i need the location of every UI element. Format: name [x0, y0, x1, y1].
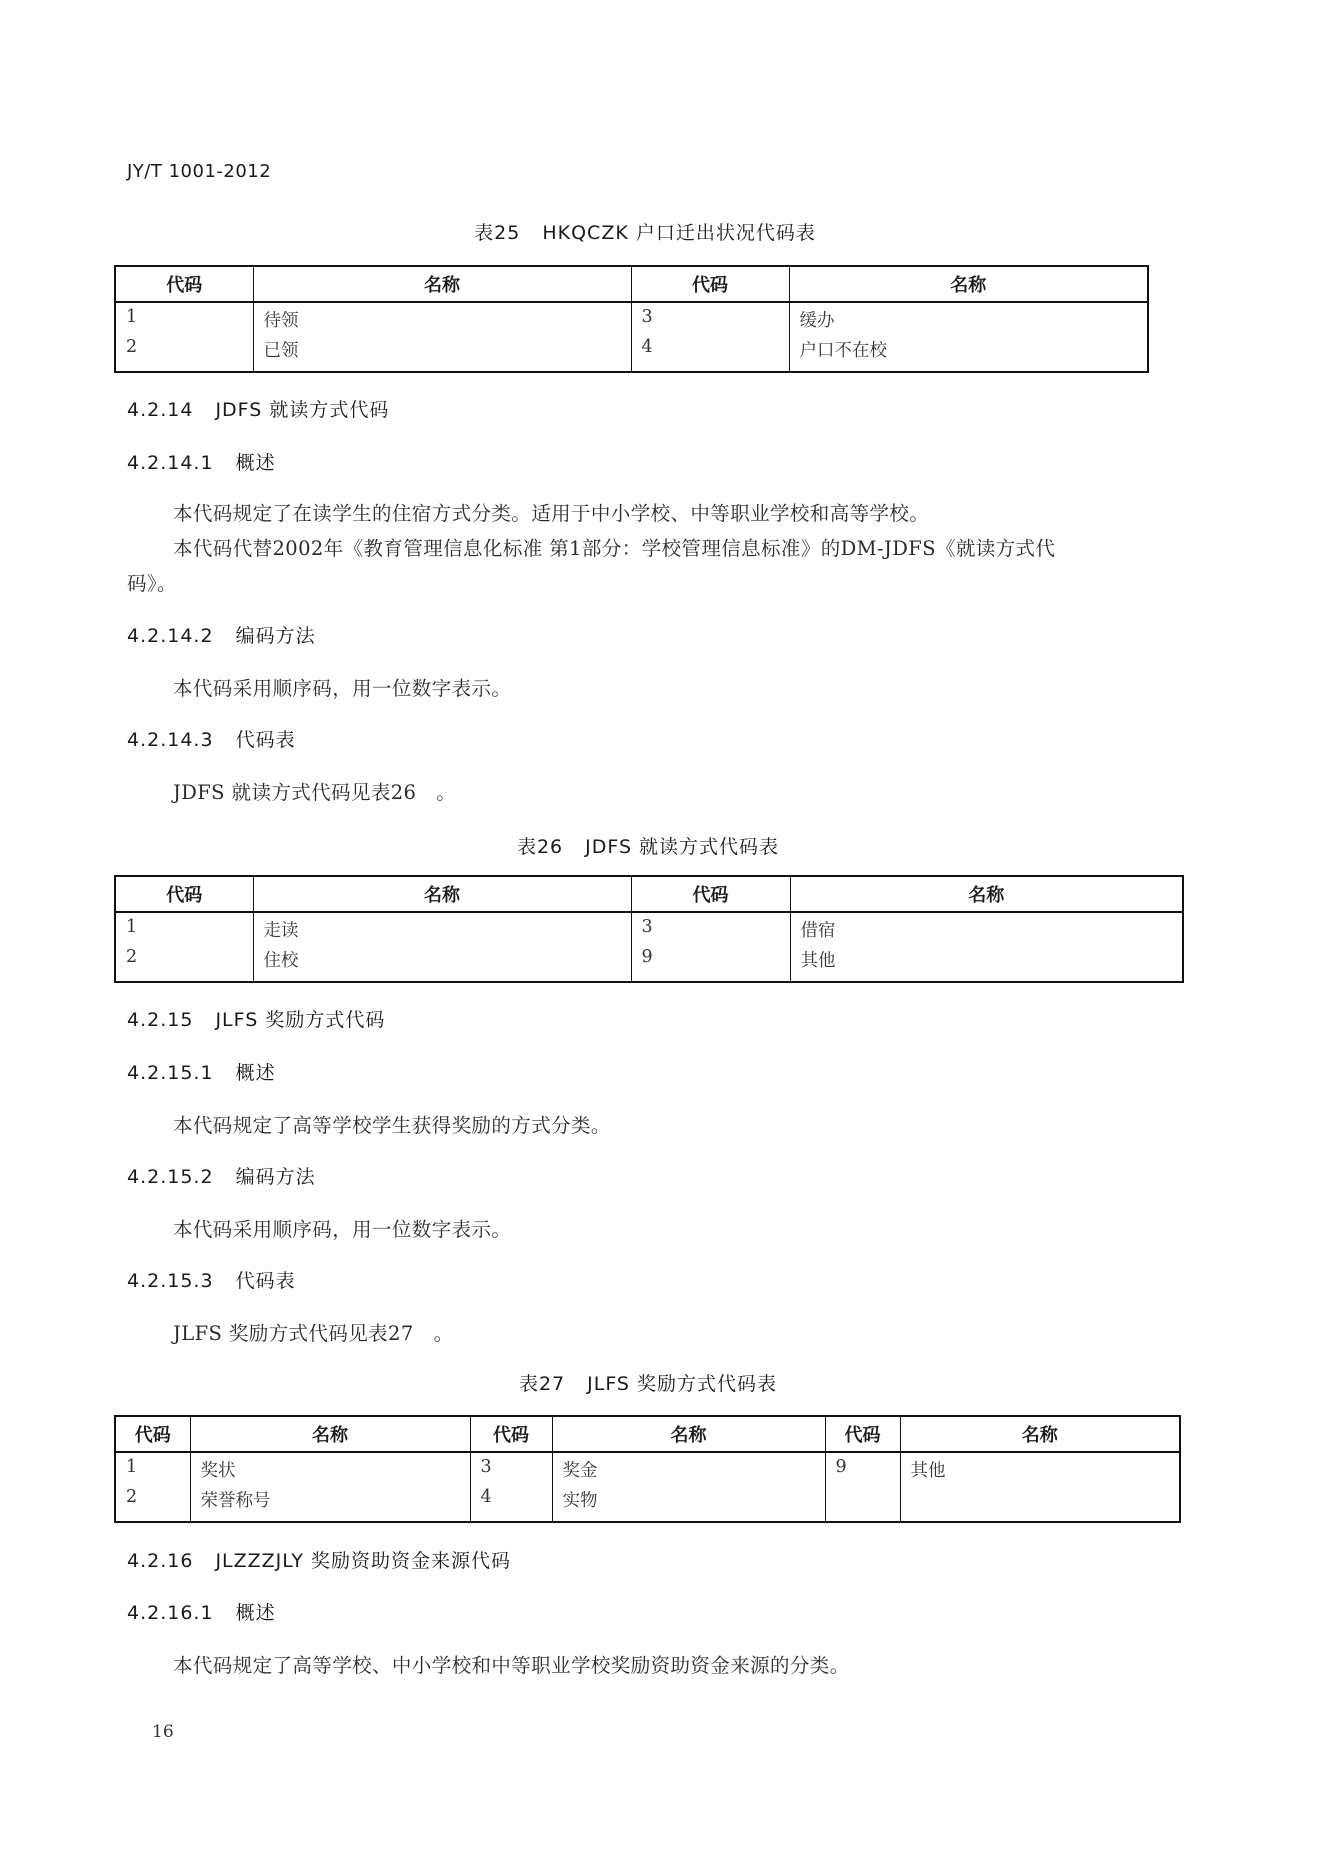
paragraph: JLFS 奖励方式代码见表27 。 — [173, 1318, 453, 1346]
cell-name: 住校 — [253, 947, 631, 982]
section-heading-4-2-14-2: 4.2.14.2编码方法 — [127, 621, 316, 648]
cell-name: 其他 — [900, 1452, 1180, 1487]
cell-code: 9 — [825, 1452, 900, 1487]
cell-name: 借宿 — [790, 912, 1183, 947]
cell-name: 奖状 — [190, 1452, 470, 1487]
header-name: 名称 — [552, 1416, 825, 1452]
header-name: 名称 — [789, 266, 1148, 302]
cell-name: 户口不在校 — [789, 337, 1148, 372]
section-title: 概述 — [236, 1062, 276, 1084]
section-title: 代码表 — [236, 1270, 296, 1292]
section-heading-4-2-15-2: 4.2.15.2编码方法 — [127, 1162, 316, 1189]
section-title: 概述 — [236, 452, 276, 474]
paragraph: 本代码规定了高等学校学生获得奖励的方式分类。 — [173, 1110, 611, 1138]
section-number: 4.2.15.2 — [127, 1166, 214, 1188]
header-name: 名称 — [790, 876, 1183, 912]
cell-name: 荣誉称号 — [190, 1487, 470, 1522]
paragraph: JDFS 就读方式代码见表26 。 — [173, 777, 456, 805]
table-header-row: 代码 名称 代码 名称 — [115, 876, 1183, 912]
section-heading-4-2-16-1: 4.2.16.1概述 — [127, 1598, 276, 1625]
paragraph: 本代码代替2002年《教育管理信息化标准 第1部分：学校管理信息标准》的DM-J… — [173, 533, 1055, 561]
cell-code: 9 — [631, 947, 790, 982]
table-25: 代码 名称 代码 名称 1 待领 3 缓办 2 已领 4 户口不在校 — [114, 265, 1149, 373]
header-code: 代码 — [115, 266, 253, 302]
table-25-caption: 表25HKQCZK 户口迁出状况代码表 — [474, 218, 816, 245]
cell-name: 走读 — [253, 912, 631, 947]
cell-code: 1 — [115, 1452, 190, 1487]
caption-title: JLFS 奖励方式代码表 — [587, 1373, 777, 1395]
cell-code: 3 — [470, 1452, 552, 1487]
section-title: JDFS 就读方式代码 — [215, 399, 389, 421]
table-header-row: 代码 名称 代码 名称 代码 名称 — [115, 1416, 1180, 1452]
table-row: 1 待领 3 缓办 — [115, 302, 1148, 337]
section-number: 4.2.16 — [127, 1550, 193, 1572]
section-title: JLFS 奖励方式代码 — [215, 1009, 385, 1031]
header-code: 代码 — [825, 1416, 900, 1452]
section-number: 4.2.14 — [127, 399, 193, 421]
section-title: 代码表 — [236, 729, 296, 751]
section-heading-4-2-14-1: 4.2.14.1概述 — [127, 448, 276, 475]
header-code: 代码 — [470, 1416, 552, 1452]
section-heading-4-2-16: 4.2.16JLZZZJLY 奖励资助资金来源代码 — [127, 1546, 511, 1573]
table-row: 1 奖状 3 奖金 9 其他 — [115, 1452, 1180, 1487]
page-number: 16 — [152, 1722, 174, 1742]
section-number: 4.2.15.1 — [127, 1062, 214, 1084]
header-name: 名称 — [253, 266, 631, 302]
section-heading-4-2-15-1: 4.2.15.1概述 — [127, 1058, 276, 1085]
section-number: 4.2.14.2 — [127, 625, 214, 647]
caption-number: 表27 — [519, 1373, 565, 1395]
cell-code: 4 — [470, 1487, 552, 1522]
section-title: 编码方法 — [236, 625, 316, 647]
header-code: 代码 — [631, 266, 789, 302]
table-row: 2 已领 4 户口不在校 — [115, 337, 1148, 372]
cell-name: 缓办 — [789, 302, 1148, 337]
cell-code: 3 — [631, 912, 790, 947]
caption-number: 表25 — [474, 222, 520, 244]
paragraph: 本代码规定了高等学校、中小学校和中等职业学校奖励资助资金来源的分类。 — [173, 1650, 850, 1678]
cell-code: 3 — [631, 302, 789, 337]
caption-number: 表26 — [517, 836, 563, 858]
section-number: 4.2.14.1 — [127, 452, 214, 474]
header-name: 名称 — [900, 1416, 1180, 1452]
header-code: 代码 — [115, 1416, 190, 1452]
section-number: 4.2.15 — [127, 1009, 193, 1031]
table-row: 1 走读 3 借宿 — [115, 912, 1183, 947]
paragraph-continuation: 码》。 — [127, 568, 177, 596]
standard-id: JY/T 1001-2012 — [127, 161, 271, 182]
cell-code: 4 — [631, 337, 789, 372]
table-row: 2 荣誉称号 4 实物 — [115, 1487, 1180, 1522]
cell-name: 奖金 — [552, 1452, 825, 1487]
header-code: 代码 — [631, 876, 790, 912]
header-name: 名称 — [190, 1416, 470, 1452]
paragraph: 本代码采用顺序码，用一位数字表示。 — [173, 673, 511, 701]
section-heading-4-2-15-3: 4.2.15.3代码表 — [127, 1266, 296, 1293]
cell-name: 其他 — [790, 947, 1183, 982]
paragraph: 本代码规定了在读学生的住宿方式分类。适用于中小学校、中等职业学校和高等学校。 — [173, 498, 929, 526]
section-heading-4-2-14: 4.2.14JDFS 就读方式代码 — [127, 395, 389, 422]
section-title: JLZZZJLY 奖励资助资金来源代码 — [215, 1550, 511, 1572]
cell-name: 已领 — [253, 337, 631, 372]
cell-name: 实物 — [552, 1487, 825, 1522]
cell-code: 2 — [115, 947, 253, 982]
cell-code: 2 — [115, 1487, 190, 1522]
caption-title: HKQCZK 户口迁出状况代码表 — [542, 222, 815, 244]
header-name: 名称 — [253, 876, 631, 912]
cell-name: 待领 — [253, 302, 631, 337]
table-header-row: 代码 名称 代码 名称 — [115, 266, 1148, 302]
paragraph: 本代码采用顺序码，用一位数字表示。 — [173, 1214, 511, 1242]
table-27-caption: 表27JLFS 奖励方式代码表 — [519, 1369, 777, 1396]
cell-name — [900, 1487, 1180, 1522]
caption-title: JDFS 就读方式代码表 — [585, 836, 779, 858]
section-title: 概述 — [236, 1602, 276, 1624]
table-27: 代码 名称 代码 名称 代码 名称 1 奖状 3 奖金 9 其他 2 荣誉称号 … — [114, 1415, 1181, 1523]
section-number: 4.2.16.1 — [127, 1602, 214, 1624]
section-heading-4-2-14-3: 4.2.14.3代码表 — [127, 725, 296, 752]
cell-code: 1 — [115, 302, 253, 337]
table-26: 代码 名称 代码 名称 1 走读 3 借宿 2 住校 9 其他 — [114, 875, 1184, 983]
section-number: 4.2.15.3 — [127, 1270, 214, 1292]
cell-code: 2 — [115, 337, 253, 372]
table-row: 2 住校 9 其他 — [115, 947, 1183, 982]
cell-code — [825, 1487, 900, 1522]
section-heading-4-2-15: 4.2.15JLFS 奖励方式代码 — [127, 1005, 385, 1032]
section-title: 编码方法 — [236, 1166, 316, 1188]
table-26-caption: 表26JDFS 就读方式代码表 — [517, 832, 779, 859]
header-code: 代码 — [115, 876, 253, 912]
cell-code: 1 — [115, 912, 253, 947]
section-number: 4.2.14.3 — [127, 729, 214, 751]
